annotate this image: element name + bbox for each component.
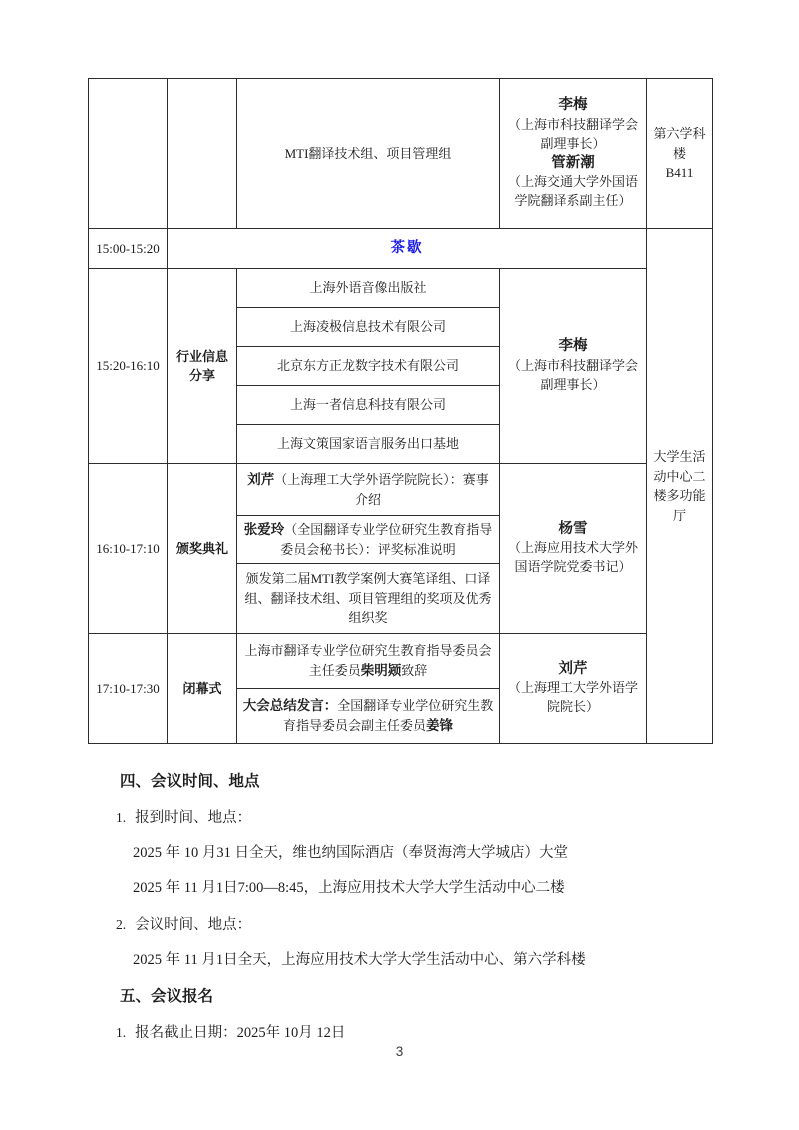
host-affiliation: （上海市科技翻译学会副理事长）: [505, 116, 641, 154]
category-cell: 行业信息分享: [168, 269, 237, 464]
section-heading-registration: 五、会议报名: [120, 971, 722, 1007]
table-row-tea-break: 15:00-15:20 茶歇 大学生活动中心二楼多功能厅: [89, 229, 713, 269]
location-cell: 第六学科楼 B411: [647, 79, 713, 229]
session-content-cell: 上海凌极信息技术有限公司: [237, 308, 500, 347]
session-content-cell: 北京东方正龙数字技术有限公司: [237, 347, 500, 386]
host-cell: 李梅 （上海市科技翻译学会副理事长） 管新潮 （上海交通大学外国语学院翻译系副主…: [500, 79, 647, 229]
speaker-name: 柴明颎: [361, 663, 402, 678]
tea-break-cell: 茶歇: [168, 229, 647, 269]
company-label: 上海外语音像出版社: [309, 280, 426, 295]
list-number: 2.: [116, 917, 126, 932]
session-description: （上海理工大学外语学院院长）：赛事介绍: [274, 472, 489, 507]
session-lead-label: 大会总结发言：: [243, 698, 338, 713]
session-content-cell: 上海文策国家语言服务出口基地: [237, 425, 500, 464]
host-name: 李梅: [505, 96, 641, 116]
list-item-meeting-time: 2.会议时间、地点：: [116, 899, 722, 936]
list-number: 1.: [116, 810, 126, 825]
session-description: 颁发第二届MTI教学案例大赛笔译组、口译组、翻译技术组、项目管理组的奖项及优秀组…: [244, 571, 491, 625]
table-row-award-1: 16:10-17:10 颁奖典礼 刘芹（上海理工大学外语学院院长）：赛事介绍 杨…: [89, 464, 713, 516]
host-name: 李梅: [505, 337, 641, 357]
list-item-label: 会议时间、地点：: [135, 917, 251, 933]
session-description: 致辞: [401, 663, 427, 678]
category-cell: 颁奖典礼: [168, 464, 237, 634]
list-item-label: 报名截止日期：2025年 10月 12日: [135, 1025, 345, 1041]
company-label: 上海文策国家语言服务出口基地: [277, 436, 459, 451]
company-label: 上海凌极信息技术有限公司: [290, 319, 446, 334]
time-cell: 15:00-15:20: [89, 229, 168, 269]
registration-detail-line-2: 2025 年 11 月1日7:00—8:45，上海应用技术大学大学生活动中心二楼: [133, 864, 722, 899]
time-cell-empty: [89, 79, 168, 229]
category-cell-empty: [168, 79, 237, 229]
host-affiliation: （上海市科技翻译学会副理事长）: [505, 357, 641, 395]
schedule-table: MTI翻译技术组、项目管理组 李梅 （上海市科技翻译学会副理事长） 管新潮 （上…: [88, 78, 713, 744]
session-content-cell: 上海外语音像出版社: [237, 269, 500, 308]
host-name: 杨雪: [505, 520, 641, 540]
meeting-detail-line: 2025 年 11 月1日全天，上海应用技术大学大学生活动中心、第六学科楼: [133, 936, 722, 971]
host-cell: 李梅 （上海市科技翻译学会副理事长）: [500, 269, 647, 464]
document-body-sections: 四、会议时间、地点 1.报到时间、地点： 2025 年 10 月31 日全天，维…: [116, 756, 722, 1044]
host-affiliation: （上海交通大学外国语学院翻译系副主任）: [505, 173, 641, 211]
page-number: 3: [0, 1044, 799, 1059]
session-content-cell: 上海一者信息科技有限公司: [237, 386, 500, 425]
session-content-cell: 刘芹（上海理工大学外语学院院长）：赛事介绍: [237, 464, 500, 516]
session-content-cell: MTI翻译技术组、项目管理组: [237, 79, 500, 229]
location-line: B411: [652, 163, 707, 183]
time-cell: 15:20-16:10: [89, 269, 168, 464]
category-cell: 闭幕式: [168, 634, 237, 744]
host-name: 管新潮: [505, 154, 641, 174]
list-item-registration-time: 1.报到时间、地点：: [116, 792, 722, 829]
table-row-mti-groups: MTI翻译技术组、项目管理组 李梅 （上海市科技翻译学会副理事长） 管新潮 （上…: [89, 79, 713, 229]
tea-break-label: 茶歇: [391, 240, 424, 256]
host-name: 刘芹: [505, 660, 641, 680]
session-description: （全国翻译专业学位研究生教育指导委员会秘书长）：评奖标准说明: [280, 522, 492, 557]
host-affiliation: （上海理工大学外语学院院长）: [505, 679, 641, 717]
location-label: 大学生活动中心二楼多功能厅: [653, 449, 705, 523]
time-cell: 17:10-17:30: [89, 634, 168, 744]
speaker-name: 张爱玲: [244, 522, 285, 537]
session-content-cell: 上海市翻译专业学位研究生教育指导委员会主任委员柴明颎致辞: [237, 634, 500, 689]
list-item-deadline: 1.报名截止日期：2025年 10月 12日: [116, 1007, 722, 1044]
session-content-cell: 张爱玲（全国翻译专业学位研究生教育指导委员会秘书长）：评奖标准说明: [237, 516, 500, 564]
company-label: 上海一者信息科技有限公司: [290, 397, 446, 412]
section-heading-meeting-time-place: 四、会议时间、地点: [120, 756, 722, 792]
company-label: 北京东方正龙数字技术有限公司: [277, 358, 459, 373]
list-number: 1.: [116, 1025, 126, 1040]
session-content-cell: 颁发第二届MTI教学案例大赛笔译组、口译组、翻译技术组、项目管理组的奖项及优秀组…: [237, 564, 500, 634]
session-label: MTI翻译技术组、项目管理组: [285, 146, 452, 161]
registration-detail-line-1: 2025 年 10 月31 日全天，维也纳国际酒店（奉贤海湾大学城店）大堂: [133, 829, 722, 864]
speaker-name: 刘芹: [247, 472, 274, 487]
list-item-label: 报到时间、地点：: [135, 810, 251, 826]
table-row-closing-1: 17:10-17:30 闭幕式 上海市翻译专业学位研究生教育指导委员会主任委员柴…: [89, 634, 713, 689]
host-affiliation: （上海应用技术大学外国语学院党委书记）: [505, 539, 641, 577]
time-cell: 16:10-17:10: [89, 464, 168, 634]
session-content-cell: 大会总结发言：全国翻译专业学位研究生教育指导委员会副主任委员姜锋: [237, 689, 500, 744]
table-row-industry-1: 15:20-16:10 行业信息分享 上海外语音像出版社 李梅 （上海市科技翻译…: [89, 269, 713, 308]
speaker-name: 姜锋: [426, 718, 453, 733]
host-cell: 杨雪 （上海应用技术大学外国语学院党委书记）: [500, 464, 647, 634]
host-cell: 刘芹 （上海理工大学外语学院院长）: [500, 634, 647, 744]
location-line: 第六学科楼: [652, 124, 707, 163]
location-cell-merged: 大学生活动中心二楼多功能厅: [647, 229, 713, 744]
